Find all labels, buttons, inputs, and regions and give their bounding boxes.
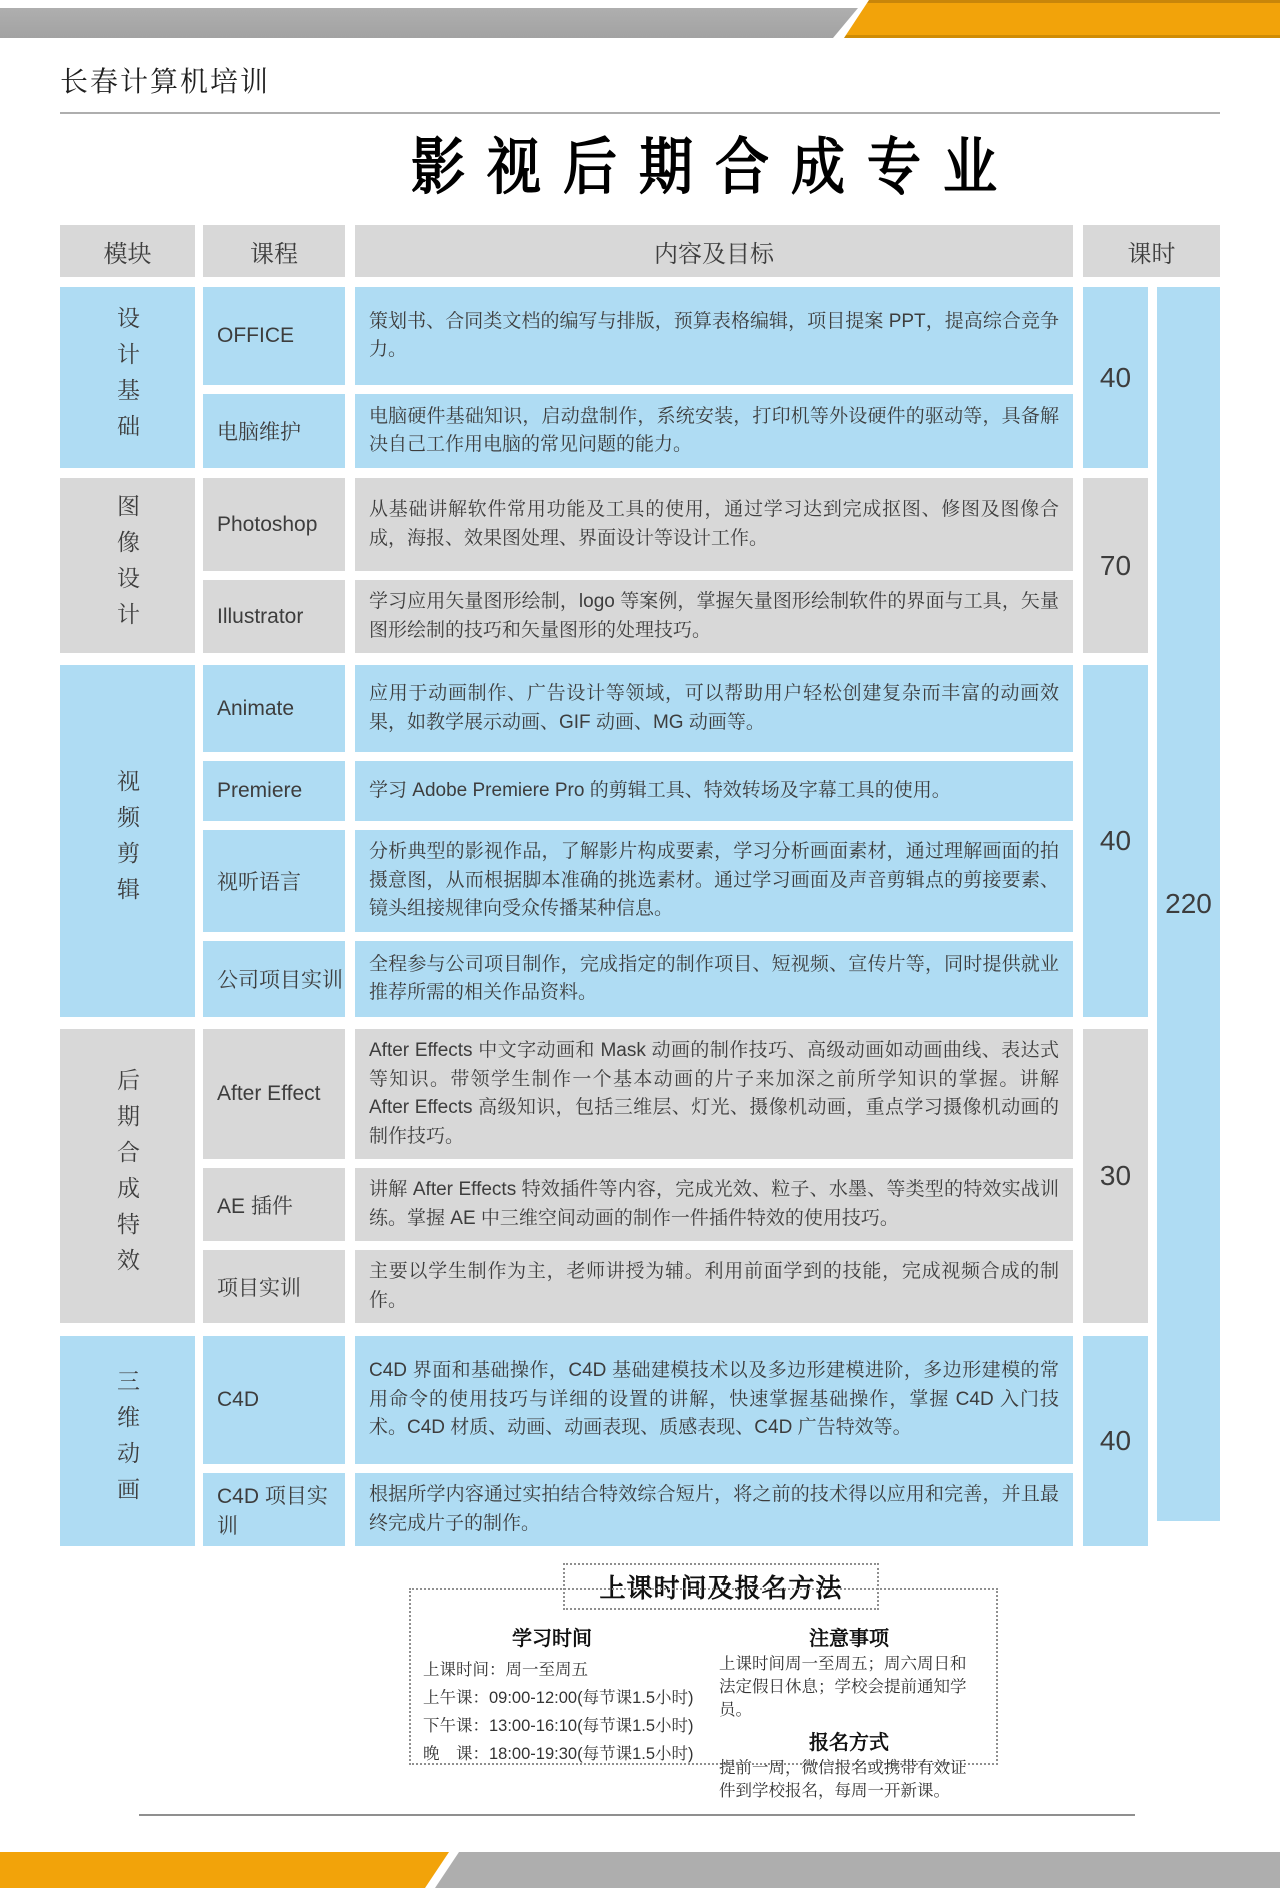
module-cell: 后期合成特效: [60, 1029, 195, 1323]
course-content-cell: 电脑硬件基础知识，启动盘制作，系统安装，打印机等外设硬件的驱动等，具备解决自己工…: [355, 394, 1073, 468]
group-hours-cell: 30: [1083, 1029, 1148, 1323]
notes-heading: 注意事项: [719, 1622, 979, 1651]
module-group: 三维动画C4DC4D 界面和基础操作，C4D 基础建模技术以及多边形建模进阶，多…: [60, 1336, 1220, 1546]
table-row: C4D 项目实训根据所学内容通过实拍结合特效综合短片，将之前的技术得以应用和完善…: [203, 1473, 1073, 1546]
study-time-lines: 上课时间：周一至周五上午课：09:00-12:00(每节课1.5小时)下午课：1…: [423, 1656, 681, 1768]
course-name-cell: 电脑维护: [203, 394, 345, 468]
course-name-cell: 视听语言: [203, 830, 345, 932]
study-time-heading: 学习时间: [423, 1622, 681, 1651]
course-name-cell: OFFICE: [203, 287, 345, 385]
course-content-cell: 讲解 After Effects 特效插件等内容，完成光效、粒子、水墨、等类型的…: [355, 1168, 1073, 1241]
table-row: 公司项目实训全程参与公司项目制作，完成指定的制作项目、短视频、宣传片等，同时提供…: [203, 941, 1073, 1017]
study-time-line: 上课时间：周一至周五: [423, 1656, 681, 1684]
footer-divider-line: [139, 1814, 1135, 1816]
module-cell: 视频剪辑: [60, 665, 195, 1017]
module-label: 视频剪辑: [111, 769, 144, 913]
course-name-cell: Illustrator: [203, 580, 345, 653]
course-content-cell: C4D 界面和基础操作，C4D 基础建模技术以及多边形建模进阶，多边形建模的常用…: [355, 1336, 1073, 1464]
course-content-cell: 从基础讲解软件常用功能及工具的使用，通过学习达到完成抠图、修图及图像合成，海报、…: [355, 478, 1073, 571]
study-time-line: 上午课：09:00-12:00(每节课1.5小时): [423, 1684, 681, 1712]
course-name-cell: AE 插件: [203, 1168, 345, 1241]
module-cell: 图像设计: [60, 478, 195, 653]
course-content-cell: 策划书、合同类文档的编写与排版，预算表格编辑，项目提案 PPT，提高综合竞争力。: [355, 287, 1073, 385]
study-time-column: 学习时间 上课时间：周一至周五上午课：09:00-12:00(每节课1.5小时)…: [423, 1622, 681, 1768]
brand-text: 长春计算机培训: [60, 67, 270, 98]
table-row: C4DC4D 界面和基础操作，C4D 基础建模技术以及多边形建模进阶，多边形建模…: [203, 1336, 1073, 1464]
header-hours: 课时: [1083, 225, 1220, 277]
course-name-cell: Animate: [203, 665, 345, 752]
header-content: 内容及目标: [355, 225, 1073, 277]
course-name-cell: C4D 项目实训: [203, 1473, 345, 1546]
study-time-line: 晚 课：18:00-19:30(每节课1.5小时): [423, 1740, 681, 1768]
group-hours-cell: 40: [1083, 287, 1148, 468]
page-title: 影视后期合成专业: [411, 119, 1019, 207]
module-group: 设计基础OFFICE策划书、合同类文档的编写与排版，预算表格编辑，项目提案 PP…: [60, 287, 1220, 468]
module-label: 三维动画: [111, 1369, 144, 1513]
notes-registration-column: 注意事项 上课时间周一至周五；周六周日和法定假日休息；学校会提前通知学员。 报名…: [719, 1622, 979, 1807]
module-group: 图像设计Photoshop从基础讲解软件常用功能及工具的使用，通过学习达到完成抠…: [60, 478, 1220, 653]
table-row: AE 插件讲解 After Effects 特效插件等内容，完成光效、粒子、水墨…: [203, 1168, 1073, 1241]
course-table: 模块 课程 内容及目标 课时 设计基础OFFICE策划书、合同类文档的编写与排版…: [60, 225, 1220, 1546]
module-rows: C4DC4D 界面和基础操作，C4D 基础建模技术以及多边形建模进阶，多边形建模…: [203, 1336, 1073, 1546]
header-course: 课程: [203, 225, 345, 277]
group-hours-cell: 40: [1083, 1336, 1148, 1546]
group-hours-cell: 40: [1083, 665, 1148, 1017]
course-content-cell: 学习应用矢量图形绘制，logo 等案例，掌握矢量图形绘制软件的界面与工具，矢量图…: [355, 580, 1073, 653]
brand-header: 长春计算机培训: [60, 60, 1220, 114]
table-row: 视听语言分析典型的影视作品，了解影片构成要素，学习分析画面素材，通过理解画面的拍…: [203, 830, 1073, 932]
module-label: 设计基础: [111, 306, 144, 450]
table-row: Animate应用于动画制作、广告设计等领域，可以帮助用户轻松创建复杂而丰富的动…: [203, 665, 1073, 752]
course-name-cell: 公司项目实训: [203, 941, 345, 1017]
course-name-cell: C4D: [203, 1336, 345, 1464]
module-cell: 设计基础: [60, 287, 195, 468]
table-row: Illustrator学习应用矢量图形绘制，logo 等案例，掌握矢量图形绘制软…: [203, 580, 1073, 653]
module-rows: Animate应用于动画制作、广告设计等领域，可以帮助用户轻松创建复杂而丰富的动…: [203, 665, 1073, 1017]
table-row: After EffectAfter Effects 中文字动画和 Mask 动画…: [203, 1029, 1073, 1159]
group-hours-cell: 70: [1083, 478, 1148, 653]
course-content-cell: 根据所学内容通过实拍结合特效综合短片，将之前的技术得以应用和完善，并且最终完成片…: [355, 1473, 1073, 1546]
course-name-cell: After Effect: [203, 1029, 345, 1159]
course-content-cell: 全程参与公司项目制作，完成指定的制作项目、短视频、宣传片等，同时提供就业推荐所需…: [355, 941, 1073, 1017]
study-time-line: 下午课：13:00-16:10(每节课1.5小时): [423, 1712, 681, 1740]
registration-text: 提前一周，微信报名或携带有效证件到学校报名，每周一开新课。: [719, 1757, 979, 1803]
signup-info-box: 学习时间 上课时间：周一至周五上午课：09:00-12:00(每节课1.5小时)…: [409, 1588, 998, 1765]
header-module: 模块: [60, 225, 195, 277]
registration-heading: 报名方式: [719, 1726, 979, 1755]
module-label: 后期合成特效: [111, 1068, 144, 1284]
title-row: 影视后期合成专业: [0, 124, 1280, 201]
table-row: Premiere学习 Adobe Premiere Pro 的剪辑工具、特效转场…: [203, 761, 1073, 821]
course-name-cell: Premiere: [203, 761, 345, 821]
module-group: 视频剪辑Animate应用于动画制作、广告设计等领域，可以帮助用户轻松创建复杂而…: [60, 665, 1220, 1017]
course-content-cell: 学习 Adobe Premiere Pro 的剪辑工具、特效转场及字幕工具的使用…: [355, 761, 1073, 821]
notes-text: 上课时间周一至周五；周六周日和法定假日休息；学校会提前通知学员。: [719, 1653, 979, 1722]
module-rows: Photoshop从基础讲解软件常用功能及工具的使用，通过学习达到完成抠图、修图…: [203, 478, 1073, 653]
table-row: Photoshop从基础讲解软件常用功能及工具的使用，通过学习达到完成抠图、修图…: [203, 478, 1073, 571]
course-name-cell: 项目实训: [203, 1250, 345, 1323]
course-name-cell: Photoshop: [203, 478, 345, 571]
course-table-groups: 设计基础OFFICE策划书、合同类文档的编写与排版，预算表格编辑，项目提案 PP…: [60, 287, 1220, 1546]
table-header-row: 模块 课程 内容及目标 课时: [60, 225, 1220, 277]
module-rows: After EffectAfter Effects 中文字动画和 Mask 动画…: [203, 1029, 1073, 1323]
poster-page: 长春计算机培训 影视后期合成专业 模块 课程 内容及目标 课时 设计基础OFFI…: [0, 0, 1280, 1893]
module-label: 图像设计: [111, 494, 144, 638]
table-row: 电脑维护电脑硬件基础知识，启动盘制作，系统安装，打印机等外设硬件的驱动等，具备解…: [203, 394, 1073, 468]
module-rows: OFFICE策划书、合同类文档的编写与排版，预算表格编辑，项目提案 PPT，提高…: [203, 287, 1073, 468]
module-group: 后期合成特效After EffectAfter Effects 中文字动画和 M…: [60, 1029, 1220, 1323]
course-content-cell: After Effects 中文字动画和 Mask 动画的制作技巧、高级动画如动…: [355, 1029, 1073, 1159]
table-row: 项目实训主要以学生制作为主，老师讲授为辅。利用前面学到的技能，完成视频合成的制作…: [203, 1250, 1073, 1323]
course-content-cell: 主要以学生制作为主，老师讲授为辅。利用前面学到的技能，完成视频合成的制作。: [355, 1250, 1073, 1323]
module-cell: 三维动画: [60, 1336, 195, 1546]
total-hours-cell: 220: [1157, 287, 1220, 1521]
course-content-cell: 分析典型的影视作品，了解影片构成要素，学习分析画面素材，通过理解画面的拍摄意图，…: [355, 830, 1073, 932]
table-row: OFFICE策划书、合同类文档的编写与排版，预算表格编辑，项目提案 PPT，提高…: [203, 287, 1073, 385]
course-content-cell: 应用于动画制作、广告设计等领域，可以帮助用户轻松创建复杂而丰富的动画效果，如教学…: [355, 665, 1073, 752]
